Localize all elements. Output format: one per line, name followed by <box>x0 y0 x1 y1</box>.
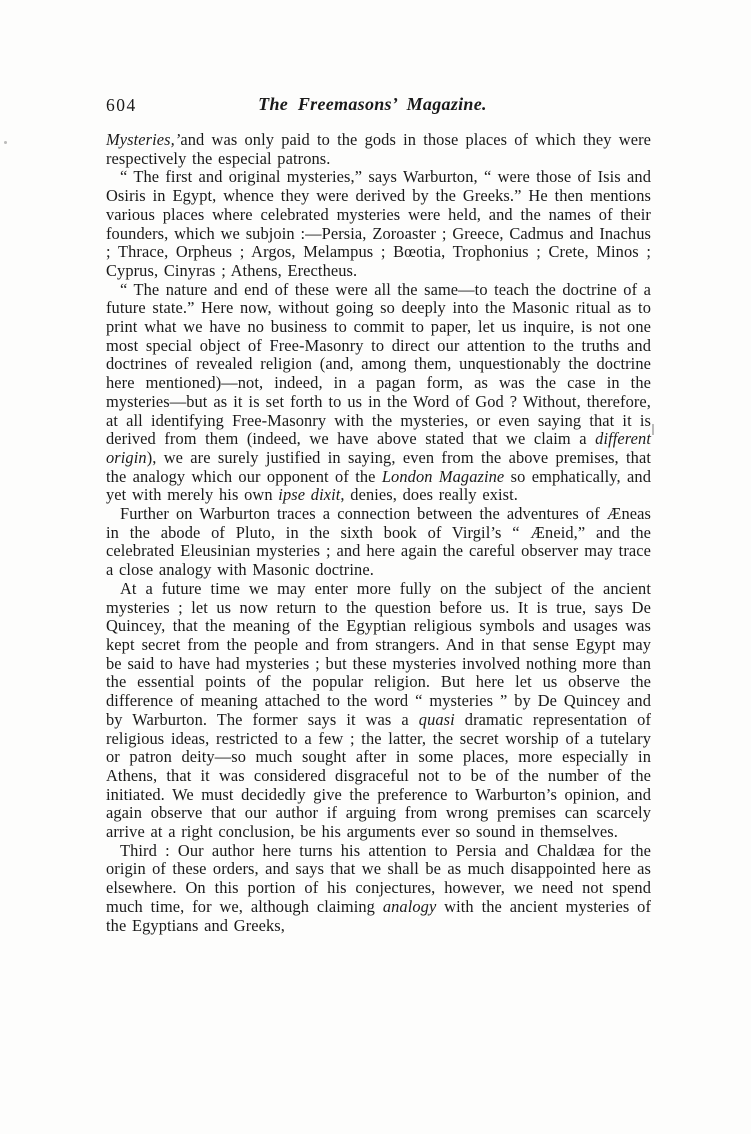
italic-text-segment: quasi <box>419 710 455 729</box>
scanned-page: 604 The Freemasons’ Magazine. Mysteries,… <box>0 0 751 1134</box>
page-header: 604 The Freemasons’ Magazine. <box>106 94 651 118</box>
text-segment: At a future time we may enter more fully… <box>106 579 651 729</box>
italic-text-segment: ipse dixit <box>278 485 340 504</box>
page-title: The Freemasons’ Magazine. <box>100 94 645 115</box>
italic-text-segment: analogy <box>383 897 437 916</box>
text-segment: “ The nature and end of these were all t… <box>106 280 651 449</box>
paragraph: Further on Warburton traces a connection… <box>106 505 651 580</box>
paragraph: Third : Our author here turns his attent… <box>106 842 651 936</box>
text-segment: Further on Warburton traces a connection… <box>106 504 651 579</box>
text-segment: and was only paid to the gods in those p… <box>106 130 651 168</box>
scan-speckle <box>4 141 7 144</box>
text-segment: “ The first and original mysteries,” say… <box>106 167 651 280</box>
text-segment: dramatic representation of religious ide… <box>106 710 651 841</box>
paragraph: At a future time we may enter more fully… <box>106 580 651 842</box>
italic-text-segment: Mysteries,’ <box>106 130 180 149</box>
article-body: Mysteries,’and was only paid to the gods… <box>106 131 651 935</box>
scan-speckle <box>652 424 654 435</box>
paragraph: “ The nature and end of these were all t… <box>106 281 651 505</box>
paragraph: “ The first and original mysteries,” say… <box>106 168 651 280</box>
paragraph: Mysteries,’and was only paid to the gods… <box>106 131 651 168</box>
text-segment: , denies, does really exist. <box>340 485 518 504</box>
italic-text-segment: London Magazine <box>382 467 504 486</box>
